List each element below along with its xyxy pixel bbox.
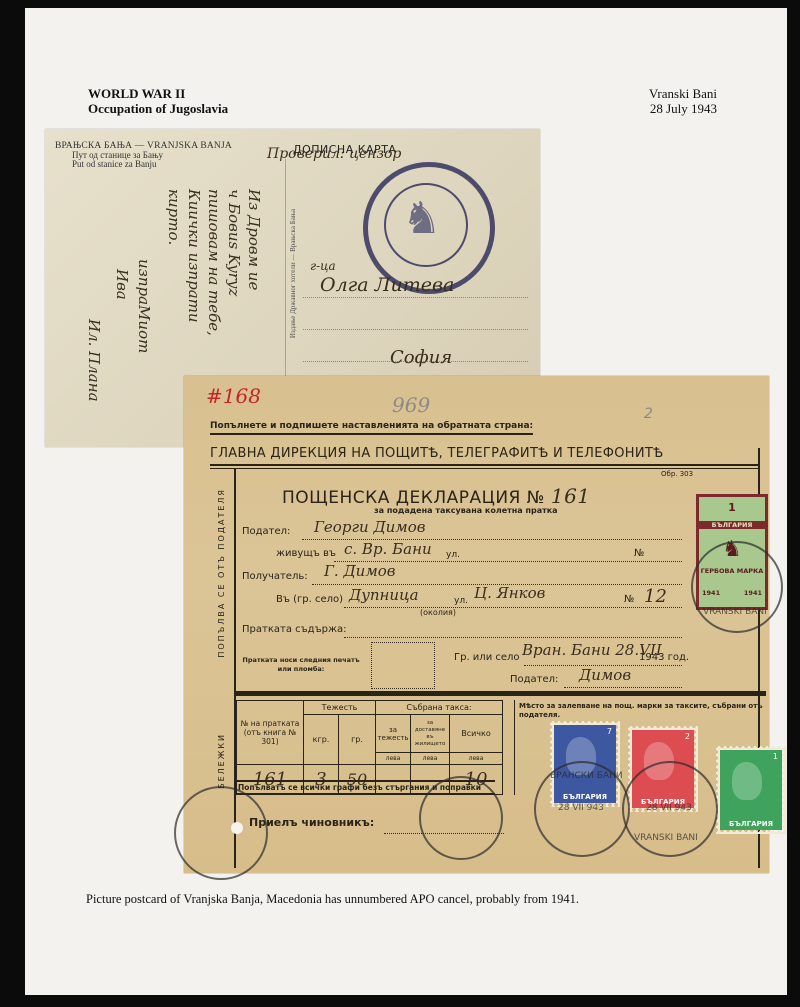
declaration-number: 161 [551,484,591,508]
msg-line: Киички изпрати [185,189,203,323]
dotted-line [344,636,682,638]
town-value: Дупница [349,586,419,604]
col-fee-delivery: за доставяне въ жилището [411,715,450,753]
lion-emblem-icon: ♞ [402,193,441,244]
year-value: 1943 [639,652,664,663]
msg-line: ч Бoвиs Kyryz [225,189,243,296]
msg-line: пишовам на тебе, [205,189,223,336]
residence-label: живущъ въ [276,548,336,559]
form-title: ПОЩЕНСКА ДЕКЛАРАЦИЯ № 161 [282,484,591,508]
rule [210,468,758,469]
address-line [303,329,528,331]
instruction-line: Попълнете и подпишете наставленията на о… [210,421,533,435]
title-text: ПОЩЕНСКА ДЕКЛАРАЦИЯ № [282,488,545,508]
street-label: ул. [446,550,460,560]
seal-label: Пратката носи следния печатъ или пломба: [241,656,361,674]
stamp-area-label: Мѣсто за залепване на пощ. марки за такс… [519,702,769,720]
pencil-mark: 2 [644,406,653,422]
recipient-street-value: Ц. Янков [474,584,545,602]
col-fee: Събрана такса: [376,701,503,715]
page-caption: Picture postcard of Vranjska Banja, Mace… [86,892,579,907]
section-divider [234,691,766,696]
revenue-value: 1 [699,501,765,514]
rule [210,464,758,466]
censor-handwriting: Проверил: цензор [267,146,401,162]
postmark-cancel [174,786,268,880]
msg-line: изпраМиот [135,259,153,353]
number-label: № [634,548,644,559]
address-city: София [390,347,452,368]
sender-value: Георги Димов [314,518,426,536]
msg-line: кирто. [165,189,183,245]
year-suffix: год. [668,652,689,663]
postcard-subtitle: Пут од станице за Бању Put od stanice za… [72,151,163,169]
postmark-cancel [419,776,503,860]
subtitle-latin: Put od stanice za Banju [72,160,163,169]
side-label-sender: ПОПЪЛВА СЕ ОТЪ ПОДАТЕЛЯ [217,488,226,658]
col-parcel-no: № на пратката (отъ книга № 301) [237,701,304,765]
location: Vranski Bani [649,86,717,101]
sender-label: Подател: [242,526,290,537]
postal-declaration-form: #168 969 2 Попълнете и подпишете наставл… [184,376,769,873]
revenue-country: БЪЛГАРИЯ [699,521,765,529]
side-label-notes: БЕЛЕЖКИ [217,733,226,789]
place-label: Гр. или село [454,652,520,663]
currency-label: лева [450,753,503,765]
postmark-cancel: ВРАНСКИ БАНИ28 VII 943 [534,761,630,857]
col-weight: Тежесть [304,701,376,715]
pencil-number: 969 [392,393,430,417]
msg-signature: Ил. Плана [85,319,103,402]
addressee-name: Олга Литева [320,274,454,296]
cancel-town-latin: VRANSKI BANI [634,833,698,843]
form-code: Обр. 303 [661,470,693,478]
page-location-date: Vranski Bani 28 July 1943 [649,86,717,116]
signature-label: Подател: [510,674,558,685]
album-page: WORLD WAR II Occupation of Jugoslavia Vr… [25,8,787,995]
town-label: Въ (гр. село) [276,594,343,605]
divider [285,159,286,384]
postage-stamp-green: 1БЪЛГАРИЯ [716,746,786,834]
cancel-date: 28 VII 943 [558,803,604,813]
form-subtitle: за подадена таксувана колетна пратка [374,506,558,515]
district-label: (околия) [420,608,456,617]
col-fee-weight: за тежесть [376,715,411,753]
heading-title: WORLD WAR II [88,86,228,101]
addressee-prefix: г-ца [310,259,336,273]
msg-line: Ива [113,269,131,300]
currency-label: лева [376,753,411,765]
stamp-value: 1 [773,752,778,761]
recipient-value: Г. Димов [324,562,396,580]
cancel-town: ВРАНСКИ БАНИ [550,771,623,781]
date: 28 July 1943 [649,101,717,116]
recipient-number-label: № [624,594,634,605]
currency-label: лева [411,753,450,765]
stamp-value: 2 [685,732,690,741]
recipient-label: Получатель: [242,571,308,582]
clerk-label: Приелъ чиновникъ: [249,816,374,829]
msg-line: Из Дрoвм ие [245,189,263,290]
dotted-line [564,686,682,688]
postmark-cancel: VRANSKI BANI28 VII 943 [622,761,718,857]
stamp-country: БЪЛГАРИЯ [720,820,782,828]
signature-value: Димов [579,666,631,684]
clerk-field: Приелъ чиновникъ: [249,816,374,829]
year: 1943 год. [639,652,689,663]
dotted-line [344,606,682,608]
seal-box [371,642,435,689]
postmark-cancel: VRANSKI BANI [691,541,783,633]
vertical-imprint: Издање Државног хотели — Врањска Бања [289,209,297,338]
col-fee-total: Всичко [450,715,503,753]
archive-number: #168 [206,384,261,408]
col-g: гр. [339,715,376,765]
heading-subtitle: Occupation of Jugoslavia [88,101,228,116]
recipient-street-label: ул. [454,596,468,606]
rule [514,700,515,795]
page-heading: WORLD WAR II Occupation of Jugoslavia [88,86,228,116]
recipient-number-value: 12 [644,586,667,607]
address-line [303,297,528,299]
stamp-value: 7 [607,727,612,736]
cancel-text: VRANSKI BANI [703,607,767,617]
issuing-authority: ГЛАВНА ДИРЕКЦИЯ НА ПОЩИТѢ, ТЕЛЕГРАФИТѢ И… [210,446,663,461]
col-kg: кгр. [304,715,339,765]
contents-label: Пратката съдържа: [242,624,347,635]
residence-value: с. Вр. Бани [344,540,432,558]
cancel-date: 28 VII 943 [646,803,692,813]
